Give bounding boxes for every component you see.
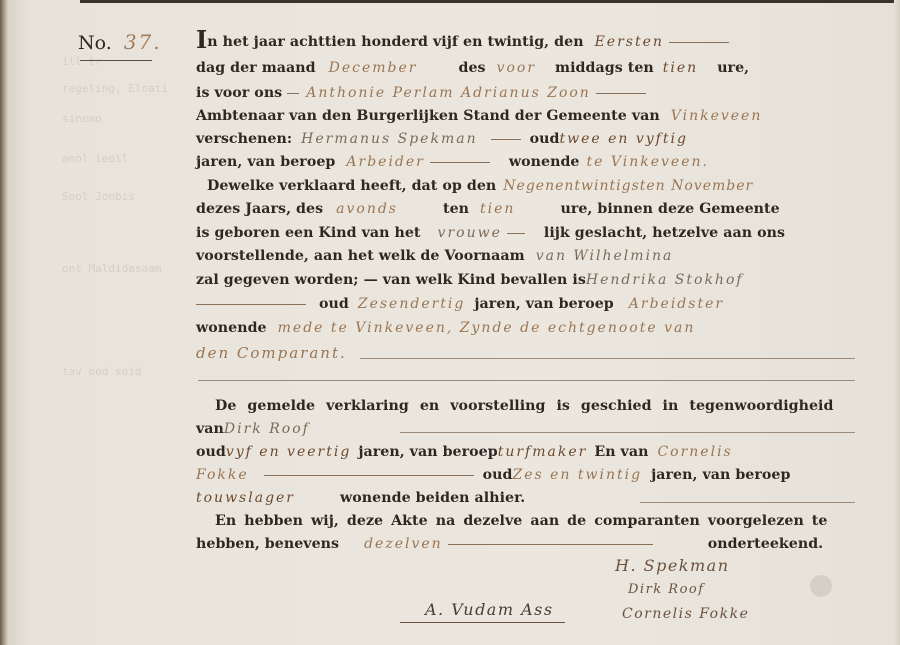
- text-line-witness-1: vanDirk Roof: [196, 421, 310, 437]
- handwritten-mother-name: Hendrika Stokhof: [586, 272, 744, 288]
- handwritten-sex: vrouwe: [438, 225, 502, 241]
- printed-text: dezes Jaars, des: [196, 201, 323, 217]
- top-border-rule: [80, 0, 900, 3]
- handwritten-witness-2-age: Zes en twintig: [513, 467, 643, 483]
- text-line-date-year: In het jaar achttien honderd vijf en twi…: [196, 33, 729, 50]
- record-number: No. 37.: [78, 30, 162, 54]
- text-line-witness-2-details: Fokke oudZes en twintig jaren, van beroe…: [196, 467, 790, 483]
- text-line-child-sex: is geboren een Kind van het vrouwe lijk …: [196, 225, 785, 241]
- signature-witness-2: Cornelis Fokke: [622, 606, 749, 622]
- printed-text: wonende beiden alhier.: [340, 490, 525, 506]
- printed-text: ure, binnen deze Gemeente: [560, 201, 779, 217]
- bleed-through-text: ont Maldidasaam: [62, 262, 161, 275]
- printed-text: wonende: [509, 154, 580, 170]
- text-line-declarant-occupation: jaren, van beroep Arbeider wonende te Vi…: [196, 154, 709, 170]
- text-line-municipality: Ambtenaar van den Burgerlijken Stand der…: [196, 108, 762, 124]
- signature-declarant: H. Spekman: [615, 556, 730, 575]
- handwritten-municipality: Vinkeveen: [671, 108, 763, 124]
- handwritten-occupation: Arbeider: [346, 154, 424, 170]
- fill-line: [596, 93, 646, 94]
- printed-text: ten: [443, 201, 469, 217]
- handwritten-hour: tien: [663, 60, 698, 76]
- fill-line: [640, 502, 855, 503]
- printed-text: De gemelde verklaring en voorstelling is…: [215, 398, 833, 414]
- record-number-value: 37.: [124, 30, 162, 54]
- text-line-declarant: verschenen: Hermanus Spekman oudtwee en …: [196, 131, 688, 147]
- signature-witness-1: Dirk Roof: [628, 582, 705, 597]
- signature-registrar-flourish: [400, 622, 565, 623]
- page-edge: [894, 0, 900, 645]
- handwritten-witness-1-age: vyf en veertig: [226, 444, 351, 460]
- fill-line: [669, 42, 729, 43]
- handwritten-signatories: dezelven: [364, 536, 443, 552]
- printed-text: is voor ons: [196, 85, 282, 101]
- bleed-through-text: anol ieoil: [62, 152, 128, 165]
- printed-text: onderteekend.: [708, 536, 824, 552]
- bleed-through-text: regeling, Eloati: [62, 82, 168, 95]
- fill-line: [196, 304, 306, 305]
- printed-text: jaren, van beroep: [358, 444, 497, 460]
- handwritten-month: December: [329, 60, 418, 76]
- printed-text: En van: [594, 444, 648, 460]
- printed-text: jaren, van beroep: [651, 467, 790, 483]
- fill-line: [430, 162, 490, 163]
- fill-line: [400, 432, 855, 433]
- printed-text: des: [458, 60, 485, 76]
- register-page: ill tr regeling, Eloati sinemo anol ieoi…: [0, 0, 900, 645]
- printed-text: middags ten: [555, 60, 654, 76]
- record-number-label: No.: [78, 32, 112, 54]
- printed-text: dag der maand: [196, 60, 316, 76]
- handwritten-residence-relation: mede te Vinkeveen, Zynde de echtgenoote …: [278, 320, 696, 336]
- fill-line: [264, 475, 474, 476]
- bleed-through-text: tav bod soid: [62, 365, 141, 378]
- fill-line: [198, 380, 855, 381]
- bleed-through-text: sinemo: [62, 112, 102, 125]
- handwritten-comparant: den Comparant.: [196, 344, 347, 362]
- printed-text: voorstellende, aan het welk de Voornaam: [196, 248, 525, 264]
- printed-text: jaren, van beroep: [196, 154, 335, 170]
- record-number-underline: [80, 60, 152, 61]
- handwritten-child-name: van Wilhelmina: [536, 248, 674, 264]
- printed-text: Ambtenaar van den Burgerlijken Stand der…: [196, 108, 660, 124]
- printed-text: oud: [483, 467, 513, 483]
- signature-registrar: A. Vudam Ass: [425, 600, 554, 619]
- printed-text: zal gegeven worden; — van welk Kind beva…: [196, 272, 586, 288]
- printed-text: n het jaar achttien honderd vijf en twin…: [207, 34, 583, 50]
- text-line-closing-2: hebben, benevens dezelven onderteekend.: [196, 536, 823, 552]
- printed-text: lijk geslacht, hetzelve aan ons: [544, 225, 785, 241]
- handwritten-declarant-name: Hermanus Spekman: [301, 131, 477, 147]
- fill-line: [491, 139, 521, 140]
- text-line-registrar: is voor ons Anthonie Perlam Adrianus Zoo…: [196, 85, 646, 101]
- paper-stain: [810, 575, 832, 597]
- text-line-mother-residence: wonende mede te Vinkeveen, Zynde de echt…: [196, 320, 695, 336]
- handwritten-witness-2-firstname: Cornelis: [657, 444, 732, 460]
- printed-text: En hebben wij, deze Akte na dezelve aan …: [215, 513, 828, 529]
- handwritten-time-of-day: voor: [497, 60, 536, 76]
- text-line-mother-age: oud Zesendertig jaren, van beroep Arbeid…: [196, 296, 724, 312]
- handwritten-day: Eersten: [595, 34, 664, 50]
- handwritten-residence: te Vinkeveen.: [587, 154, 709, 170]
- text-line-witness-1-details: oudvyf en veertig jaren, van beroepturfm…: [196, 444, 733, 460]
- fill-line: [360, 358, 855, 359]
- printed-text: jaren, van beroep: [474, 296, 613, 312]
- text-line-birth-time: dezes Jaars, des avonds ten tien ure, bi…: [196, 201, 780, 217]
- handwritten-witness-1-occupation: turfmaker: [498, 444, 588, 460]
- handwritten-mother-occupation: Arbeidster: [629, 296, 724, 312]
- printed-text: is geboren een Kind van het: [196, 225, 421, 241]
- printed-text: wonende: [196, 320, 267, 336]
- text-line-witnesses-intro: De gemelde verklaring en voorstelling is…: [215, 398, 833, 414]
- text-line-month: dag der maand December des voor middags …: [196, 60, 749, 76]
- fill-line: [507, 233, 525, 234]
- text-line-child-name: voorstellende, aan het welk de Voornaam …: [196, 248, 673, 264]
- text-line-birth-date: Dewelke verklaard heeft, dat op den Nege…: [207, 178, 753, 194]
- printed-text: oud: [196, 444, 226, 460]
- initial-letter: I: [196, 25, 207, 54]
- handwritten-witness-2-occupation: touwslager: [196, 490, 295, 506]
- text-line-closing-1: En hebben wij, deze Akte na dezelve aan …: [215, 513, 828, 529]
- text-line-mother: zal gegeven worden; — van welk Kind beva…: [196, 272, 744, 288]
- handwritten-birth-date: Negenentwintigsten November: [503, 178, 753, 194]
- printed-text: verschenen:: [196, 131, 292, 147]
- printed-text: oud: [319, 296, 349, 312]
- printed-text: oud: [530, 131, 560, 147]
- handwritten-witness-1-name: Dirk Roof: [224, 421, 310, 437]
- bleed-through-text: ill tr: [62, 55, 102, 68]
- printed-text: hebben, benevens: [196, 536, 339, 552]
- bleed-through-text: Sool Jonbis: [62, 190, 135, 203]
- fill-line: [287, 93, 299, 94]
- handwritten-time-of-day: avonds: [336, 201, 398, 217]
- printed-text: van: [196, 421, 224, 437]
- fill-line: [448, 544, 653, 545]
- text-line-comparant: den Comparant.: [196, 344, 347, 362]
- handwritten-hour: tien: [480, 201, 515, 217]
- handwritten-declarant-age: twee en vyftig: [559, 131, 687, 147]
- handwritten-registrar-name: Anthonie Perlam Adrianus Zoon: [306, 85, 591, 101]
- printed-text: ure,: [717, 60, 749, 76]
- text-line-witness-2-occupation: touwslager wonende beiden alhier.: [196, 490, 525, 506]
- printed-text: Dewelke verklaard heeft, dat op den: [207, 178, 496, 194]
- handwritten-mother-age: Zesendertig: [358, 296, 466, 312]
- handwritten-witness-2-surname: Fokke: [196, 467, 249, 483]
